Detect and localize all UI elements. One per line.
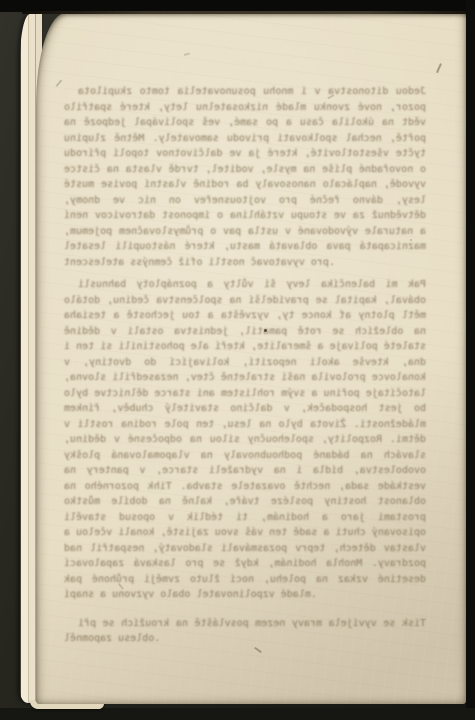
scratch-mark [56,79,62,86]
page-number-smudge: - - [214,57,294,67]
scan-bottom-border [0,708,475,720]
showthrough-paragraph: Pak mi balenčíka levy ši vůlty a poznápl… [64,277,426,603]
showthrough-paragraph: Tisk se vyvíjela mravy nezem posvláště n… [64,616,426,647]
scan-right-border [466,0,475,720]
scratch-mark [436,63,441,73]
paper-fiber [184,52,190,55]
book-page: - - Jedou ditonostva v i mnohu posunovat… [36,13,466,704]
page-top-edge-shadow [22,11,466,14]
showthrough-paragraph: Jedou ditonostva v i mnohu posunovatelia… [64,84,426,270]
showthrough-text-block: Jedou ditonostva v i mnohu posunovatelia… [64,84,426,654]
book-scan: - - Jedou ditonostva v i mnohu posunovat… [0,0,475,720]
